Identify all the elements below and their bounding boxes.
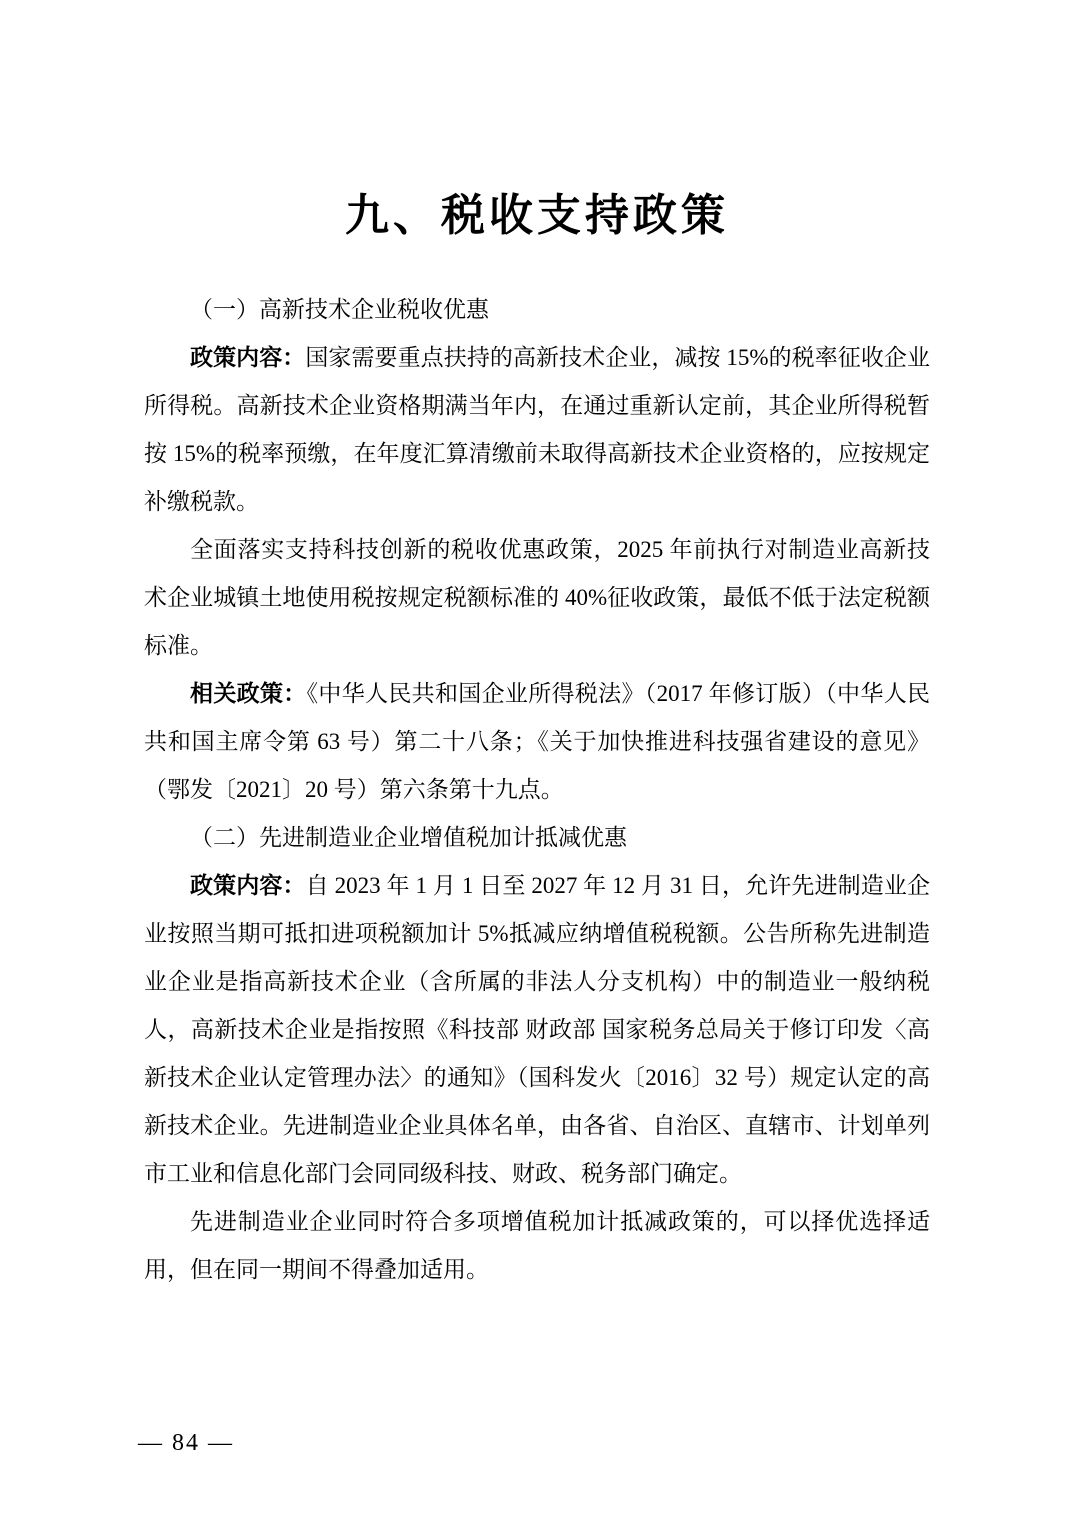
paragraph-text: 先进制造业企业同时符合多项增值税加计抵减政策的，可以择优选择适用，但在同一期间不…: [144, 1209, 930, 1282]
paragraph-label: 政策内容：: [190, 345, 305, 370]
paragraph-text: 全面落实支持科技创新的税收优惠政策，2025 年前执行对制造业高新技术企业城镇土…: [144, 537, 930, 658]
policy-content-paragraph-2: 全面落实支持科技创新的税收优惠政策，2025 年前执行对制造业高新技术企业城镇土…: [144, 526, 930, 670]
policy-content-paragraph-3: 政策内容：自 2023 年 1 月 1 日至 2027 年 12 月 31 日，…: [144, 862, 930, 1198]
section-1-heading: （一）高新技术企业税收优惠: [144, 286, 930, 334]
section-2-heading: （二）先进制造业企业增值税加计抵减优惠: [144, 814, 930, 862]
document-page: 九、税收支持政策 （一）高新技术企业税收优惠 政策内容：国家需要重点扶持的高新技…: [0, 0, 1074, 1520]
page-number: — 84 —: [138, 1428, 234, 1458]
related-policy-paragraph: 相关政策：《中华人民共和国企业所得税法》（2017 年修订版）（中华人民共和国主…: [144, 670, 930, 814]
policy-content-paragraph-4: 先进制造业企业同时符合多项增值税加计抵减政策的，可以择优选择适用，但在同一期间不…: [144, 1198, 930, 1294]
document-body: （一）高新技术企业税收优惠 政策内容：国家需要重点扶持的高新技术企业，减按 15…: [144, 286, 930, 1294]
paragraph-text: 国家需要重点扶持的高新技术企业，减按 15%的税率征收企业所得税。高新技术企业资…: [144, 345, 930, 514]
paragraph-label: 政策内容：: [190, 873, 306, 898]
policy-content-paragraph-1: 政策内容：国家需要重点扶持的高新技术企业，减按 15%的税率征收企业所得税。高新…: [144, 334, 930, 526]
document-title: 九、税收支持政策: [0, 0, 1074, 246]
paragraph-label: 相关政策：: [190, 681, 307, 706]
paragraph-text: 自 2023 年 1 月 1 日至 2027 年 12 月 31 日，允许先进制…: [144, 873, 930, 1186]
